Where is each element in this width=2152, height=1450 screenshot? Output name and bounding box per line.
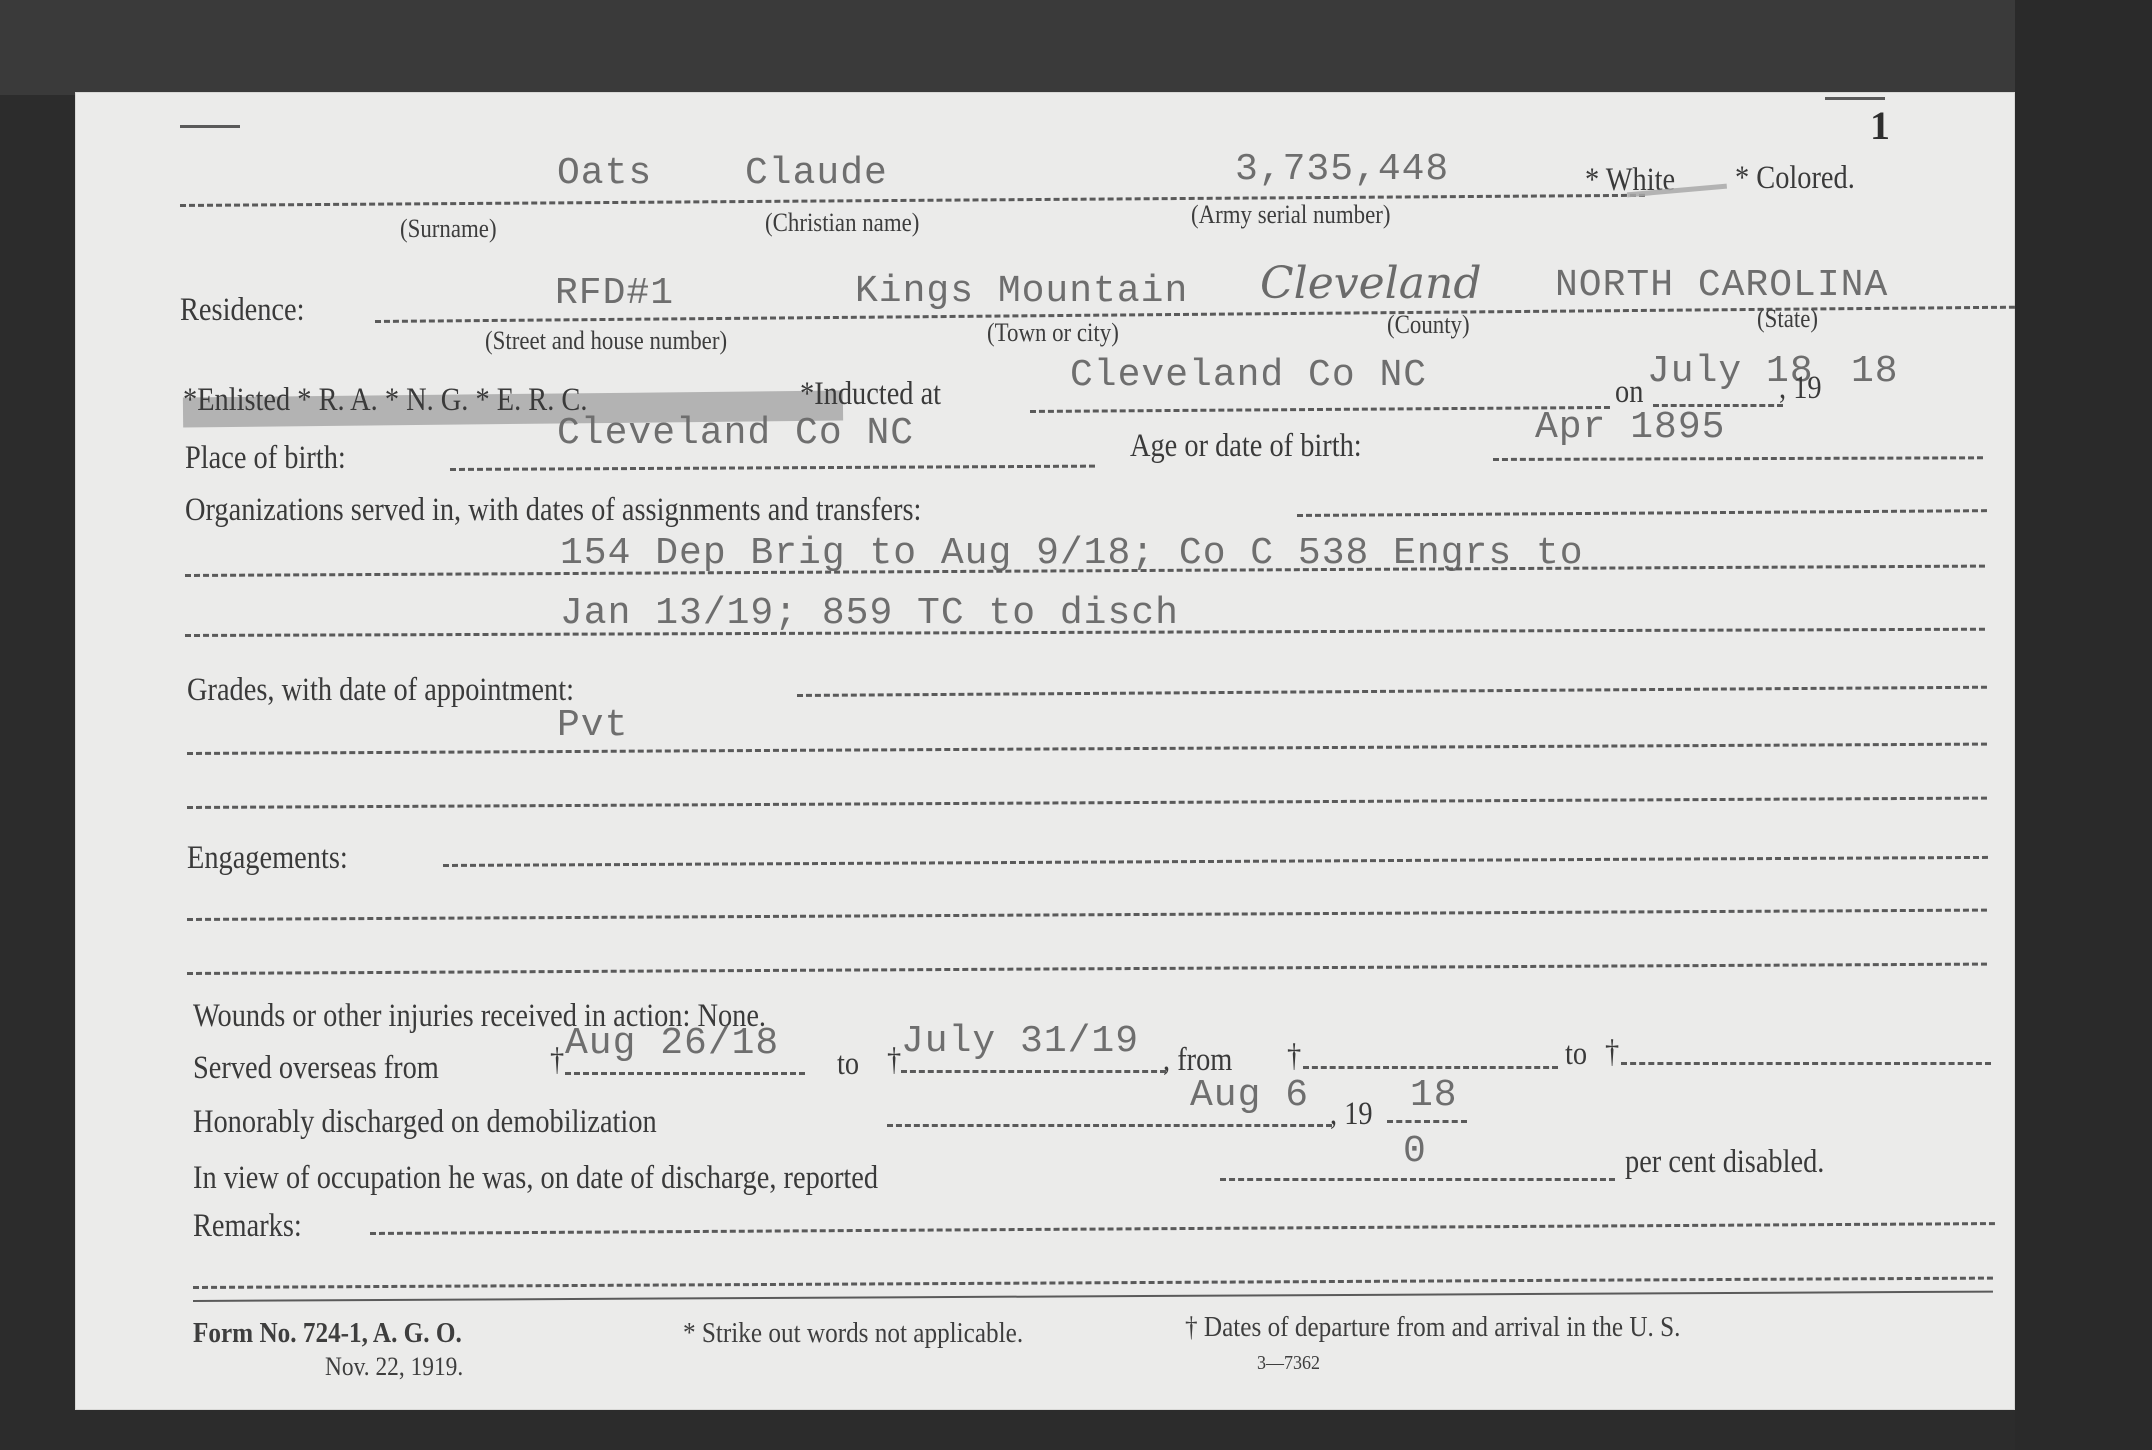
card-number: 1	[1870, 102, 1890, 149]
form-number: Form No. 724-1, A. G. O.	[193, 1318, 462, 1350]
dagger-icon: †	[1287, 1038, 1301, 1075]
dagger-icon: †	[1605, 1034, 1619, 1071]
disability-suffix: per cent disabled.	[1625, 1144, 1824, 1181]
serial-number-value: 3,735,448	[1235, 148, 1449, 191]
overseas-from-2-line	[1303, 1066, 1558, 1069]
overseas-to-1-value: July 31/19	[901, 1020, 1139, 1063]
print-code: 3—7362	[1257, 1352, 1320, 1375]
name-line	[180, 194, 1645, 207]
discharge-date-value: Aug 6	[1190, 1074, 1309, 1117]
disability-line	[1220, 1178, 1615, 1181]
race-colored-option: * Colored.	[1735, 160, 1855, 197]
dagger-icon: †	[887, 1042, 901, 1079]
dagger-note: † Dates of departure from and arrival in…	[1185, 1312, 1680, 1344]
organizations-label: Organizations served in, with dates of a…	[185, 492, 921, 529]
engagements-line-1	[187, 909, 1987, 921]
discharge-label: Honorably discharged on demobilization	[193, 1104, 657, 1141]
form-date: Nov. 22, 1919.	[325, 1352, 463, 1382]
surname-value: Oats	[557, 152, 652, 195]
strike-out-note: * Strike out words not applicable.	[683, 1318, 1023, 1350]
footer-divider	[193, 1291, 1993, 1302]
date-of-birth-line	[1493, 456, 1983, 461]
discharge-year-line	[1387, 1120, 1467, 1123]
scanner-background-right	[2015, 0, 2152, 1450]
residence-county-value: Cleveland	[1260, 258, 1481, 309]
grades-line-1	[187, 743, 1987, 755]
served-overseas-label: Served overseas from	[193, 1050, 439, 1087]
engagements-label: Engagements:	[187, 840, 348, 877]
enlistment-type-options: *Enlisted * R. A. * N. G. * E. R. C.	[183, 382, 587, 419]
street-caption: (Street and house number)	[485, 326, 727, 356]
place-of-birth-line	[450, 465, 1095, 471]
serial-number-caption: (Army serial number)	[1191, 200, 1390, 230]
corner-mark	[180, 125, 240, 128]
residence-label: Residence:	[180, 292, 305, 329]
overseas-to-2-label: to	[1565, 1036, 1587, 1073]
engagements-line-0	[443, 856, 1988, 867]
disability-label: In view of occupation he was, on date of…	[193, 1160, 878, 1197]
remarks-line-1	[193, 1277, 1993, 1289]
discharge-year-value: 18	[1410, 1074, 1458, 1117]
county-caption: (County)	[1387, 310, 1470, 340]
residence-state-value: NORTH CAROLINA	[1555, 264, 1888, 307]
scanner-background-top	[0, 0, 2152, 95]
overseas-from-1-line	[565, 1072, 805, 1075]
organizations-line-0	[1297, 509, 1987, 517]
inducted-at-label: *Inducted at	[800, 376, 941, 413]
service-record-card: 1 Oats Claude 3,735,448 * White * Colore…	[75, 92, 2015, 1410]
age-or-date-of-birth-label: Age or date of birth:	[1130, 428, 1362, 465]
discharge-date-line	[887, 1124, 1332, 1127]
residence-town-value: Kings Mountain	[855, 270, 1188, 313]
christian-name-caption: (Christian name)	[765, 208, 919, 238]
date-of-birth-value: Apr 1895	[1535, 406, 1725, 449]
overseas-from-1-value: Aug 26/18	[565, 1022, 779, 1065]
grades-line-2	[187, 797, 1987, 809]
remarks-line-0	[370, 1222, 1995, 1235]
overseas-to-1-label: to	[837, 1046, 859, 1083]
dagger-icon: †	[550, 1042, 564, 1079]
overseas-to-2-line	[1621, 1062, 1991, 1065]
state-caption: (State)	[1757, 304, 1818, 334]
remarks-label: Remarks:	[193, 1208, 302, 1245]
corner-mark-right	[1825, 97, 1885, 100]
organization-entry-2: Jan 13/19; 859 TC to disch	[560, 592, 1179, 635]
inducted-year-value: 18	[1851, 350, 1899, 393]
engagements-line-2	[187, 963, 1987, 975]
residence-street-value: RFD#1	[555, 272, 674, 315]
discharge-year-prefix: , 19	[1330, 1096, 1373, 1133]
grades-label: Grades, with date of appointment:	[187, 672, 574, 709]
place-of-birth-label: Place of birth:	[185, 440, 346, 477]
christian-name-value: Claude	[745, 152, 888, 195]
overseas-to-1-line	[901, 1070, 1166, 1073]
inducted-at-value: Cleveland Co NC	[1070, 354, 1427, 397]
inducted-year-prefix: , 19	[1779, 370, 1822, 407]
disability-percent-value: 0	[1403, 1130, 1427, 1173]
town-caption: (Town or city)	[987, 318, 1119, 348]
inducted-at-line	[1030, 406, 1610, 413]
grades-line-0	[797, 686, 1987, 697]
surname-caption: (Surname)	[400, 214, 497, 244]
grades-value: Pvt	[557, 704, 628, 747]
place-of-birth-value: Cleveland Co NC	[557, 412, 914, 455]
